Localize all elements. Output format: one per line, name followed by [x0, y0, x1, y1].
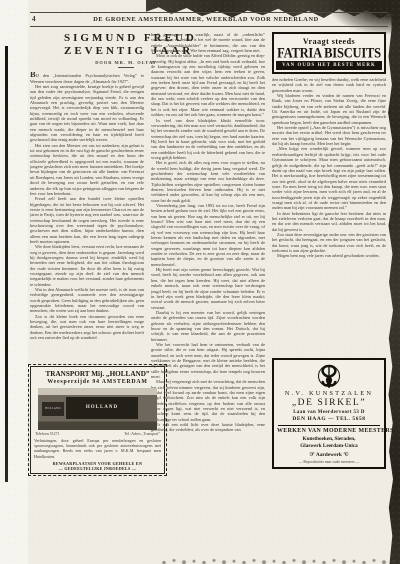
sirkel-aardewerk-label: Aardewerk — [316, 452, 342, 458]
paragraph: Vierendertig jaar lang, van 1892 tot nu … — [151, 203, 265, 267]
sirkel-headline: WERKEN VAN MODERNE MEESTERS — [277, 428, 381, 434]
sirkel-products-line1: Kunstboeken, Sieraden, — [277, 436, 381, 442]
sirkel-products-line2: Glaswerk Leerdam-Unica — [277, 443, 381, 449]
fatria-slogan-bar: VAN OUDS HET BESTE MERK — [276, 61, 382, 70]
paragraph: Daarbij is hij een meester van het woord… — [151, 310, 265, 342]
ad-transport-holland: TRANSPORT Mij. „HOLLAND” Weesperzijde 94… — [30, 366, 165, 473]
sirkel-address: Laan van Meerdervoort 53 D — [277, 410, 381, 415]
ad-kunstzalen-de-sirkel: N.V. KUNSTZALEN „DE SIRKEL” Laan van Mee… — [272, 358, 386, 469]
paragraph: In deze bekentenis ligt de gansche leer … — [272, 211, 386, 232]
fatria-brand-name: FATRIA BISCUITS — [276, 45, 382, 61]
ad-fatria-biscuits: Vraagt steeds FATRIA BISCUITS VAN OUDS H… — [272, 32, 386, 74]
sirkel-city-phone: DEN HAAG — TEL. 5658 — [277, 416, 381, 422]
sirkel-name: „DE SIRKEL” — [277, 398, 381, 408]
paragraph: Zoo staat deze zeventigjarige onder ons:… — [272, 232, 386, 253]
paragraph: Het is goed, zich dit alles nog eens voo… — [151, 160, 265, 203]
sirkel-company-type: N.V. KUNSTZALEN — [277, 390, 381, 397]
paragraph: Maar hij vergenoegt zich met de verzucht… — [151, 379, 265, 422]
article-title-line1: SIGMUND FREUD — [64, 32, 188, 45]
masthead-title: DE GROENE AMSTERDAMMER, WEEKBLAD VOOR NE… — [72, 16, 340, 23]
paragraph: Wij bladeren verder en vinden de namen v… — [272, 93, 386, 125]
truck-label: HOLLAND — [66, 397, 138, 419]
sirkel-divider — [278, 425, 380, 426]
paragraph: Mogen hem nog vele jaren van arbeid gesc… — [272, 253, 386, 258]
paragraph: Wie deze bladzijden leest, verstaat eers… — [30, 244, 144, 287]
column-right: Vraagt steeds FATRIA BISCUITS VAN OUDS H… — [272, 32, 386, 518]
scan-speckle-bottom — [160, 557, 400, 564]
transport-phone: Telefoon 51271 — [35, 432, 59, 436]
page-number: 4 — [32, 15, 72, 23]
byline-rule — [118, 67, 134, 68]
article-title-block: SIGMUND FREUD ZEVENTIG JAAR DOOR MR. M. … — [64, 32, 188, 68]
page-header: 4 DE GROENE AMSTERDAMMER, WEEKBLAD VOOR … — [30, 12, 388, 27]
paragraph: Freud zelf heeft aan den bundel twee kle… — [30, 196, 144, 244]
sirkel-reproductions-line: — Reproducties naar oude meesters — — [277, 460, 381, 464]
body-text-left: BIJ den „Internationalen Psychoanalytisc… — [30, 72, 144, 364]
scan-torn-edge-right — [386, 0, 400, 564]
sirkel-aardewerk-line: ☞ Aardewerk ☜ — [277, 451, 381, 458]
paragraph: Het tweede opstel („Aan de Gymnasiasten”… — [272, 125, 386, 146]
paragraph: Wie het voorrecht had hem te ontmoeten, … — [151, 342, 265, 379]
issue-number: No. 2561 — [340, 17, 386, 23]
transport-ad-address: Weesperzijde 94 AMSTERDAM — [34, 379, 161, 385]
sirkel-monogram-icon — [277, 363, 381, 389]
newspaper-page-scan: 4 DE GROENE AMSTERDAMMER, WEEKBLAD VOOR … — [0, 0, 400, 564]
body-text-right: den nobelen Goethe; en wij beseffen daar… — [272, 77, 386, 356]
transport-ad-body: Verhuizingen, door geheel Europa per meu… — [34, 438, 161, 458]
paragraph: In veel van deze bladzijden klinkt eenze… — [151, 118, 265, 161]
article-columns: SIGMUND FREUD ZEVENTIG JAAR DOOR MR. M. … — [30, 32, 388, 518]
column-left: SIGMUND FREUD ZEVENTIG JAAR DOOR MR. M. … — [30, 32, 144, 518]
pointing-hand-right-icon: ☞ — [309, 452, 314, 458]
paragraph: Hij heeft met zijn weten geene heerschap… — [151, 267, 265, 310]
paragraph: den nobelen Goethe; en wij beseffen daar… — [272, 77, 386, 93]
paragraph: Het met zorg samengestelde, keurige boek… — [30, 84, 144, 143]
paragraph: Het zien van den Meester zet ons tot nad… — [30, 143, 144, 196]
paragraph: Wat in den Almanach wellicht het meeste … — [30, 287, 144, 314]
transport-storage-line1: BEWAARPLAATSEN VOOR GEHEELE EN — [34, 461, 161, 466]
body-text-middle: heeft gezongen: niet waarlijk, naast al … — [151, 32, 265, 518]
transport-storage-line2: — GEDEELTELIJKE INBOEDELS — — [34, 466, 161, 471]
page-spine-line — [5, 46, 8, 482]
trailer-label: HOLLAND — [42, 402, 64, 416]
article-title-line2: ZEVENTIG JAAR — [64, 45, 188, 58]
paragraph: Zoo is dit kleine boek een document gewo… — [30, 314, 144, 341]
paragraph: „Men krijgt een wonderlijk gevoel, wanne… — [272, 146, 386, 210]
paragraph: BIJ den „Internationalen Psychoanalytisc… — [30, 72, 144, 84]
article-byline: DOOR MR. M. OLTAY — [64, 60, 188, 65]
pointing-hand-left-icon: ☜ — [343, 452, 348, 458]
moving-van-photo: HOLLAND HOLLAND — [38, 388, 157, 430]
transport-ad-title: TRANSPORT Mij. „HOLLAND” — [34, 370, 161, 378]
page-content: 4 DE GROENE AMSTERDAMMER, WEEKBLAD VOOR … — [30, 12, 388, 518]
transport-contact-row: Telefoon 51271 Tel.-Adres „Transport” — [35, 432, 160, 436]
paragraph: Er valt een mild licht over deze laatste… — [151, 422, 265, 433]
column-middle: heeft gezongen: niet waarlijk, naast al … — [151, 32, 265, 518]
